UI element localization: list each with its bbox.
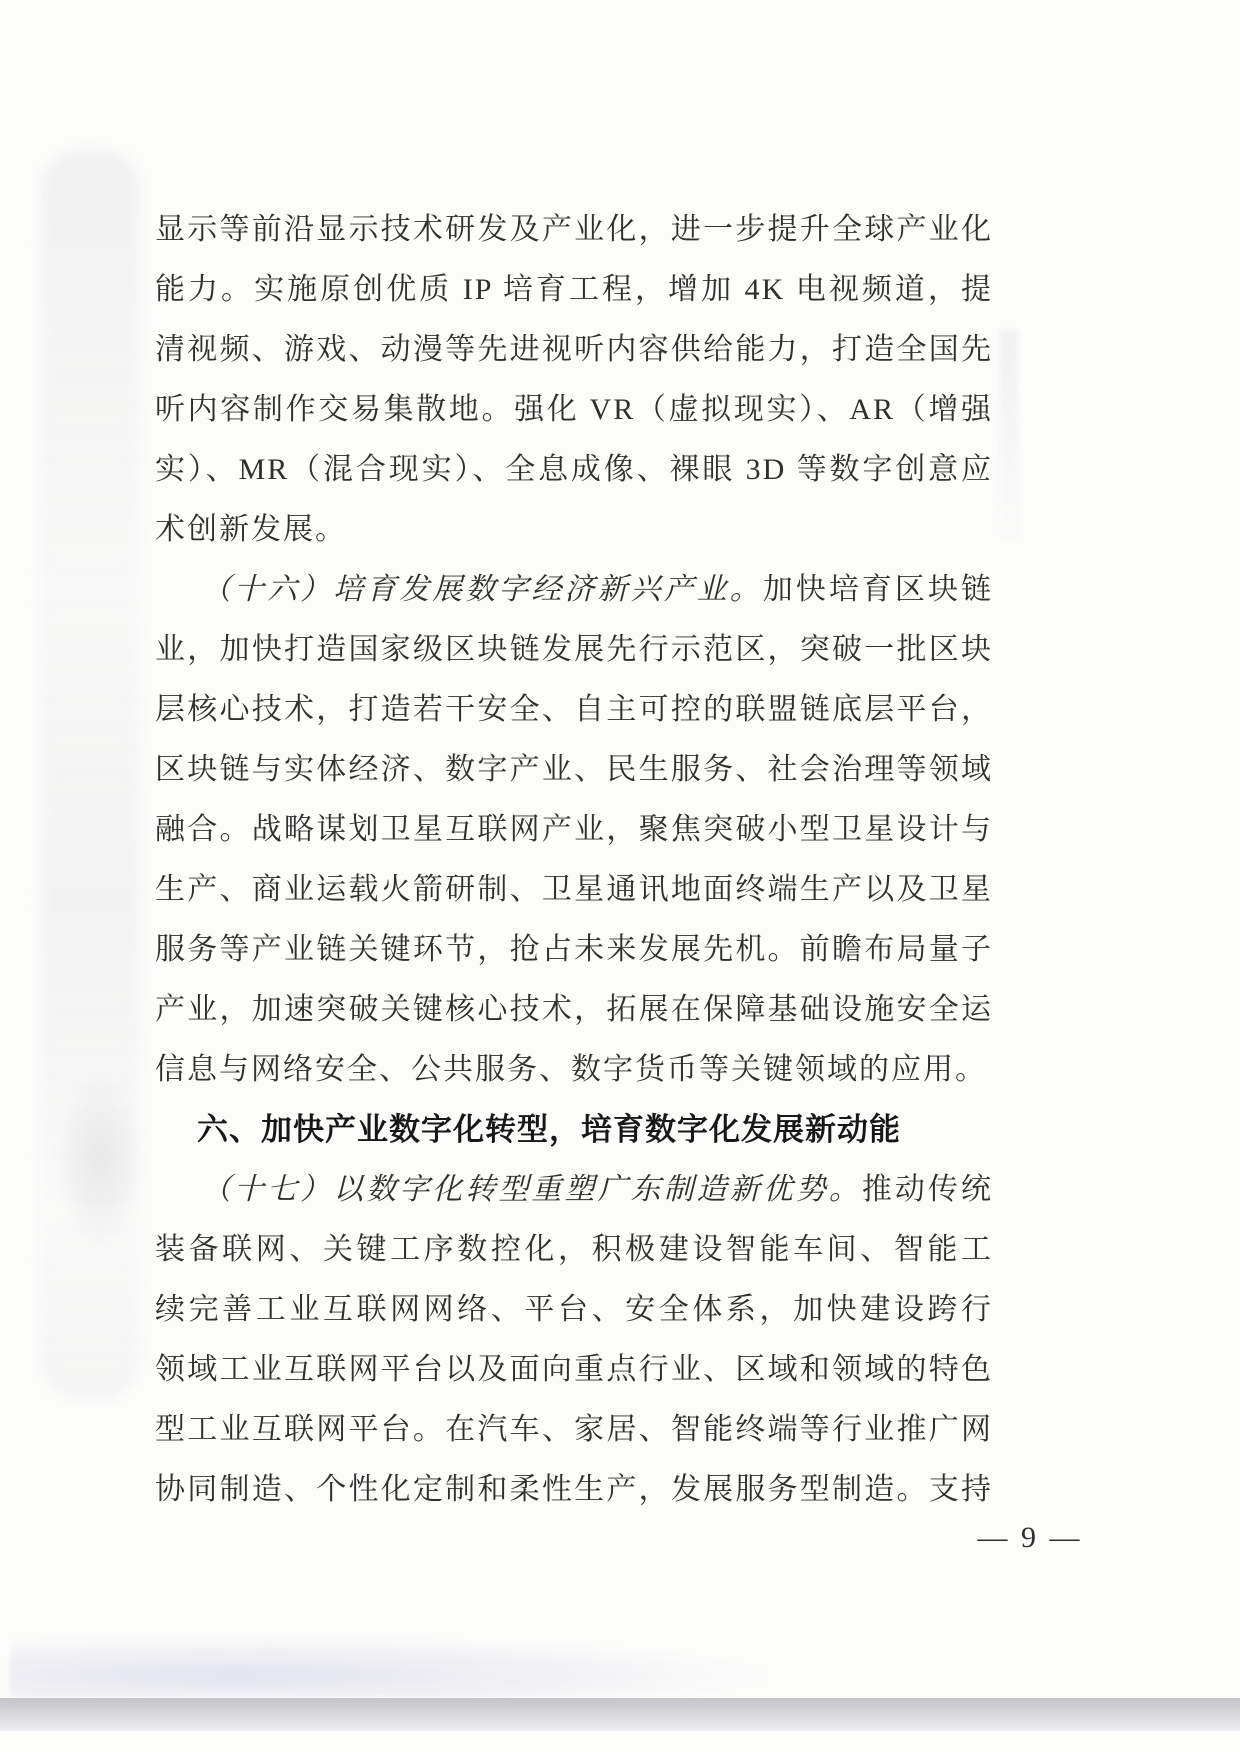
text-line: 续完善工业互联网网络、平台、安全体系，加快建设跨行业、跨 xyxy=(155,1280,993,1340)
text-line: 信息与网络安全、公共服务、数字货币等关键领域的应用。 xyxy=(155,1040,993,1100)
text-line: 融合。战略谋划卫星互联网产业，聚焦突破小型卫星设计与批量 xyxy=(155,800,993,860)
text-line: 术创新发展。 xyxy=(155,500,993,560)
section-item-opener: （十七）以数字化转型重塑广东制造新优势。 xyxy=(201,1173,862,1206)
text-line: 实）、MR（混合现实）、全息成像、裸眼 3D 等数字创意应用技 xyxy=(155,440,993,500)
text-line: 层核心技术，打造若干安全、自主可控的联盟链底层平台，推动 xyxy=(155,680,993,740)
document-page: 显示等前沿显示技术研发及产业化，进一步提升全球产业化引领 能力。实施原创优质 I… xyxy=(0,0,1240,1752)
text-line: 装备联网、关键工序数控化，积极建设智能车间、智能工厂。持 xyxy=(155,1220,993,1280)
section-heading: 六、加快产业数字化转型，培育数字化发展新动能 xyxy=(155,1100,993,1160)
scan-artifact-left-margin xyxy=(40,150,140,1400)
scan-artifact-line xyxy=(1000,330,1018,540)
text-line: 显示等前沿显示技术研发及产业化，进一步提升全球产业化引领 xyxy=(155,200,993,260)
scan-edge-shadow xyxy=(0,1698,1240,1731)
text-line: 业，加快打造国家级区块链发展先行示范区，突破一批区块链底 xyxy=(155,620,993,680)
text-line: 协同制造、个性化定制和柔性生产，发展服务型制造。支持发展 xyxy=(155,1460,993,1520)
text-line: 清视频、游戏、动漫等先进视听内容供给能力，打造全国先进视 xyxy=(155,320,993,380)
text-line: 产业，加速突破关键核心技术，拓展在保障基础设施安全运行、 xyxy=(155,980,993,1040)
text-line-paragraph-start: （十六）培育发展数字经济新兴产业。加快培育区块链产 xyxy=(155,560,993,620)
page-number: — 9 — xyxy=(950,1516,1110,1560)
text-line: 领域工业互联网平台以及面向重点行业、区域和领域的特色专业 xyxy=(155,1340,993,1400)
text-line: 型工业互联网平台。在汽车、家居、智能终端等行业推广网络化 xyxy=(155,1400,993,1460)
text-line: 能力。实施原创优质 IP 培育工程，增加 4K 电视频道，提升超高 xyxy=(155,260,993,320)
text-line: 听内容制作交易集散地。强化 VR（虚拟现实）、AR（增强现 xyxy=(155,380,993,440)
document-text: 显示等前沿显示技术研发及产业化，进一步提升全球产业化引领 能力。实施原创优质 I… xyxy=(155,200,993,1520)
section-item-opener: （十六）培育发展数字经济新兴产业。 xyxy=(201,573,763,606)
scan-artifact-bottom-smudge xyxy=(10,1635,770,1697)
scan-artifact-smudge xyxy=(55,1070,145,1250)
text-line: 区块链与实体经济、数字产业、民生服务、社会治理等领域深度 xyxy=(155,740,993,800)
text-line-paragraph-start: （十七）以数字化转型重塑广东制造新优势。推动传统制造 xyxy=(155,1160,993,1220)
text-line: 生产、商业运载火箭研制、卫星通讯地面终端生产以及卫星运营 xyxy=(155,860,993,920)
text-line: 服务等产业链关键环节，抢占未来发展先机。前瞻布局量子信息 xyxy=(155,920,993,980)
